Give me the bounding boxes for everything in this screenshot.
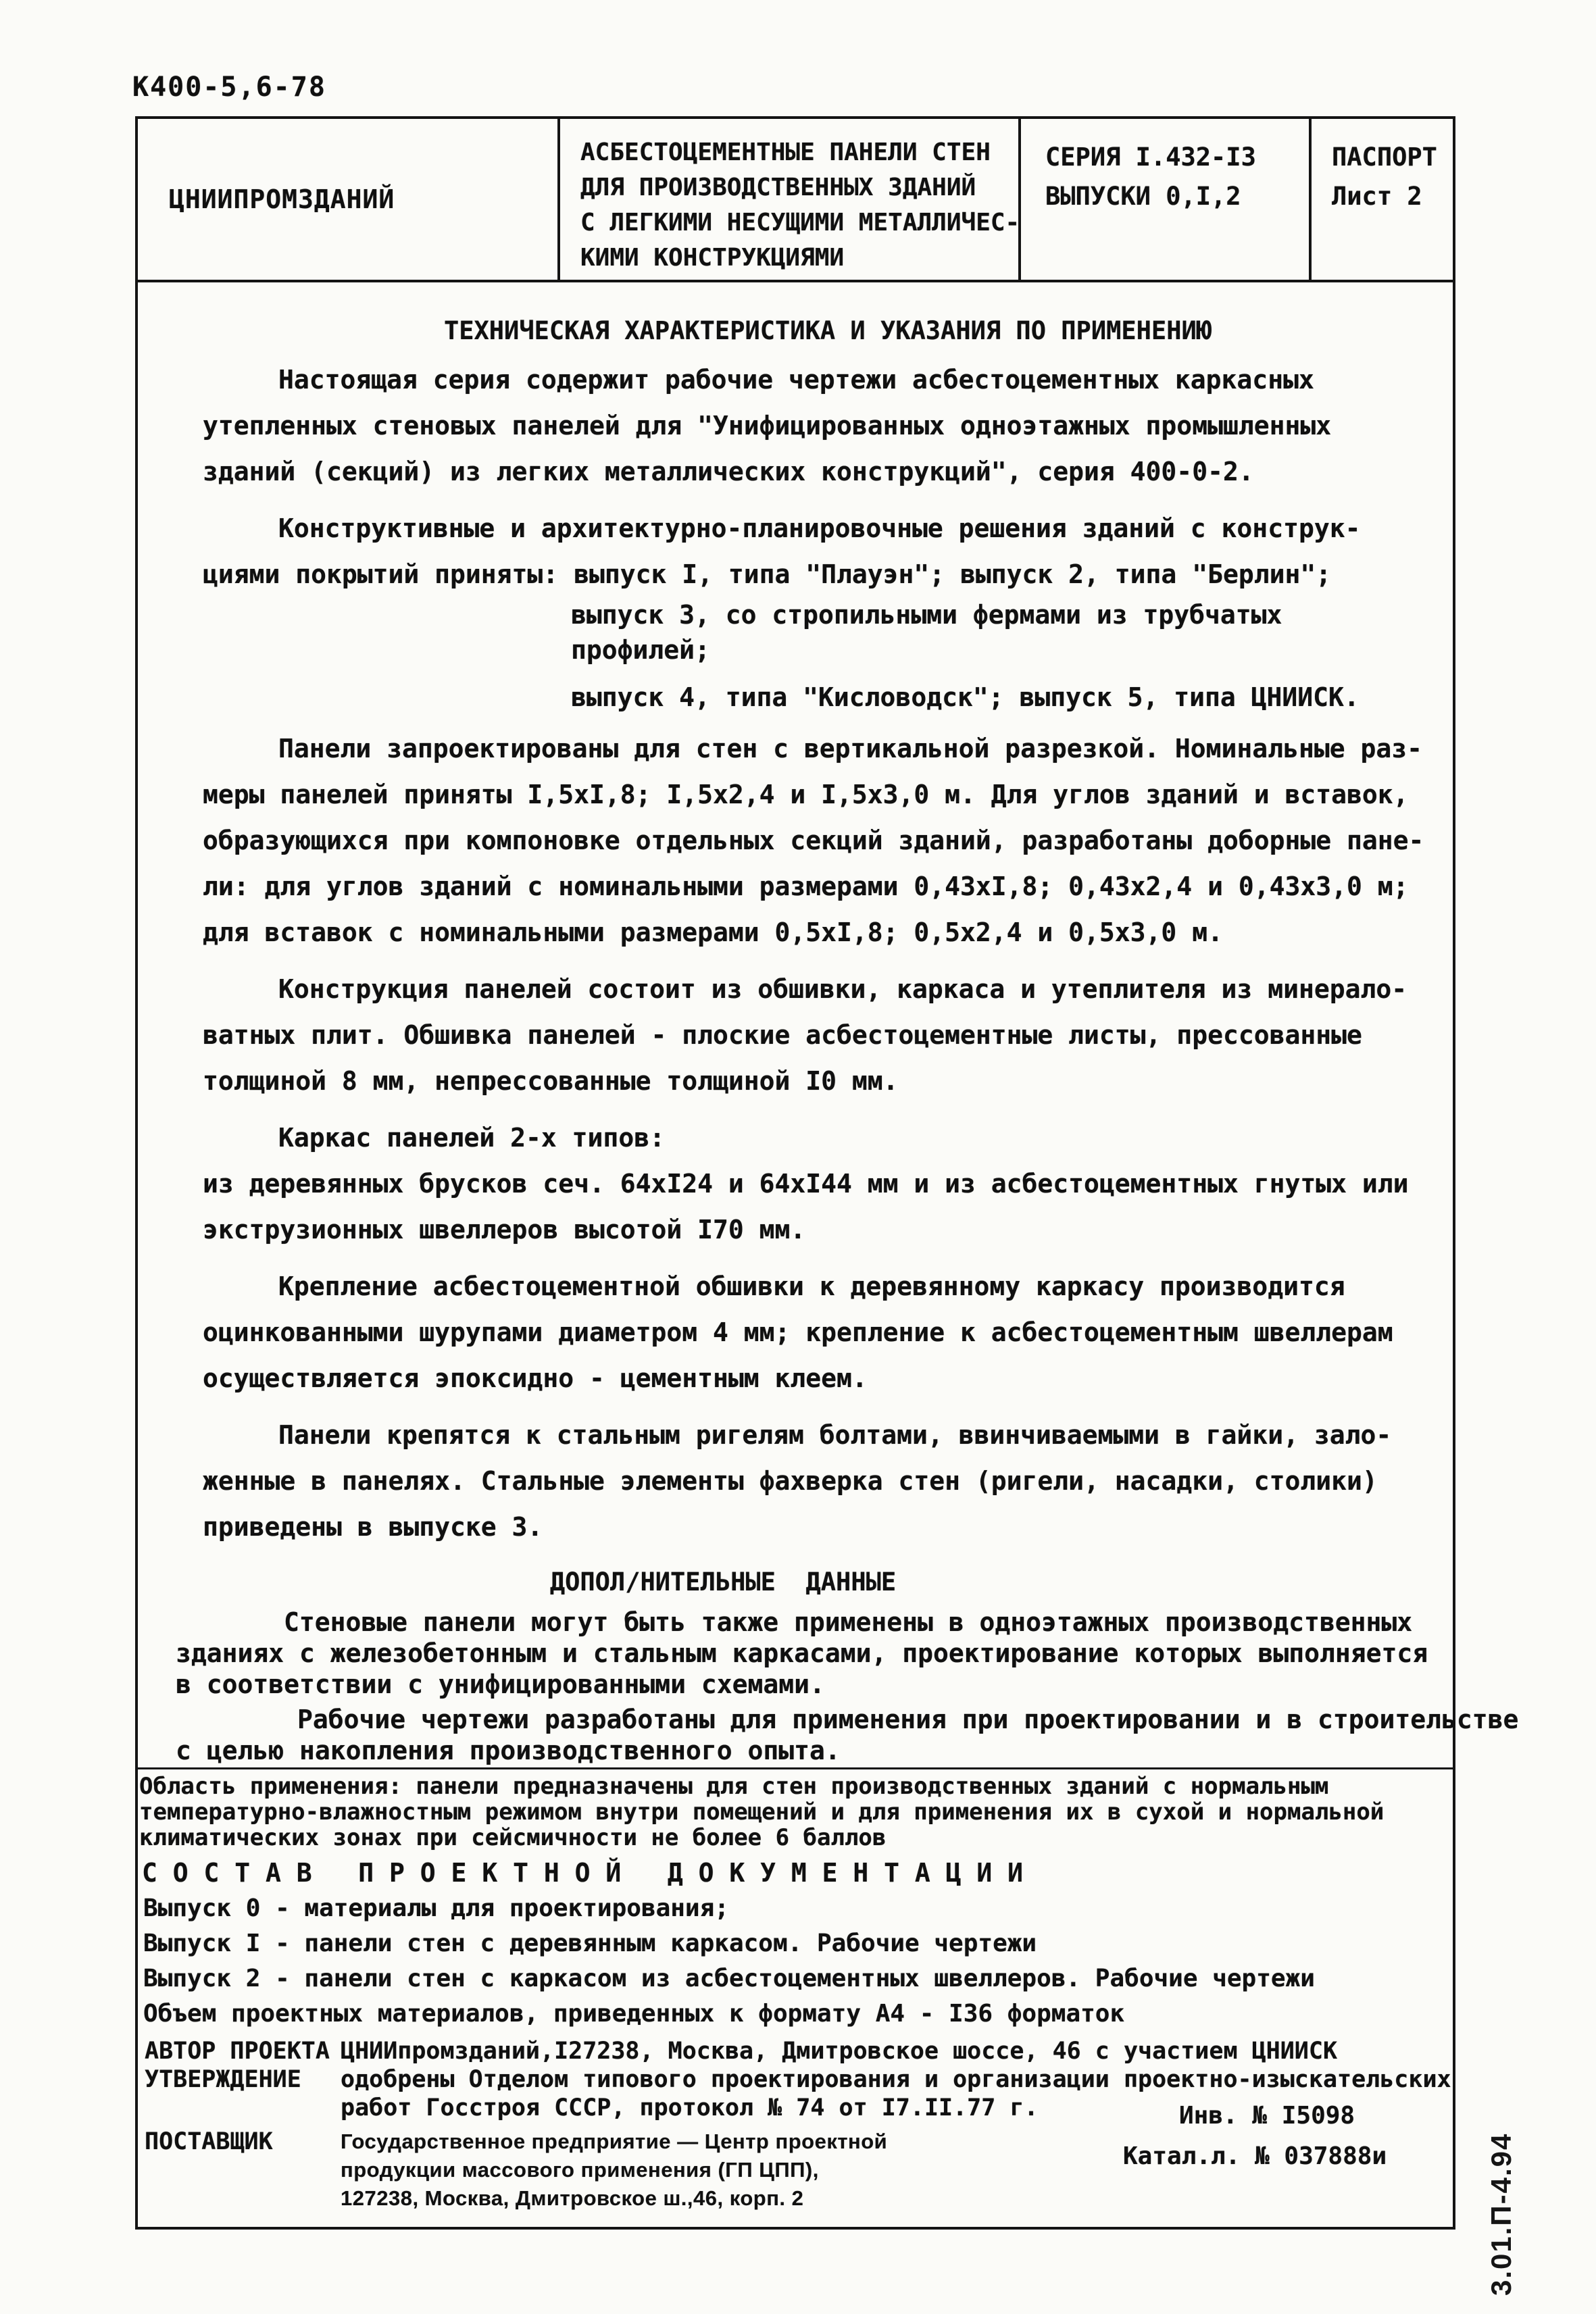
text-line: с целью накопления производственного опы… [176,1735,1453,1766]
scope-line: температурно-влажностным режимом внутри … [135,1799,1455,1825]
composition-item: Выпуск 2 - панели стен с каркасом из асб… [135,1961,1455,1996]
text-line: меры панелей приняты I,5хI,8; I,5х2,4 и … [203,772,1453,818]
paragraph: Стеновые панели могут быть также примене… [176,1607,1453,1700]
doc-type: ПАСПОРТ [1332,138,1453,177]
paragraph: Крепление асбестоцементной обшивки к дер… [203,1263,1453,1401]
text-line: Крепление асбестоцементной обшивки к дер… [203,1263,1453,1309]
application-scope: Область применения: панели предназначены… [135,1774,1455,1851]
composition-item: Выпуск I - панели стен с деревянным карк… [135,1926,1455,1961]
product-title-line: КИМИ КОНСТРУКЦИЯМИ [580,241,1018,276]
text-line: зданиях с железобетонным и стальным карк… [176,1638,1453,1669]
inventory-number: Инв. № I5098 [1179,2102,1355,2130]
text-line: в соответствии с унифицированными схемам… [176,1669,1453,1700]
composition-list: Выпуск 0 - материалы для проектирования;… [135,1891,1455,2032]
author-row: АВТОР ПРОЕКТА ЦНИИпромзданий,I27238, Мос… [135,2037,1455,2065]
text-line: ли: для углов зданий с номинальными разм… [203,863,1453,909]
supplier-line: Государственное предприятие — Центр прое… [341,2128,887,2156]
document-code: К400-5,6-78 [132,72,326,103]
sheet-number: Лист 2 [1332,177,1453,216]
text-line: выпуск 3, со стропильными фермами из тру… [203,597,1453,632]
text-line: образующихся при компоновке отдельных се… [203,818,1453,863]
paragraph: Конструктивные и архитектурно-планировоч… [203,505,1453,715]
series-number: СЕРИЯ I.432-I3 [1045,138,1309,177]
text-line: профилей; [203,632,1453,668]
additional-paragraphs: Стеновые панели могут быть также примене… [203,1607,1453,1766]
supplier-value: Государственное предприятие — Центр прое… [341,2128,887,2213]
org-cell: ЦНИИПРОМЗДАНИЙ [138,119,560,280]
supplier-label: ПОСТАВЩИК [135,2128,341,2213]
text-line: утепленных стеновых панелей для "Унифици… [203,403,1453,449]
paragraph: Панели крепятся к стальным ригелям болта… [203,1412,1453,1550]
paragraph: Конструкция панелей состоит из обшивки, … [203,966,1453,1104]
text-line: Стеновые панели могут быть также примене… [176,1607,1453,1638]
section-heading-additional: ДОПОЛ/НИТЕЛЬНЫЕ ДАННЫЕ [203,1567,1243,1597]
text-line: Конструкция панелей состоит из обшивки, … [203,966,1453,1012]
text-line: для вставок с номинальными размерами 0,5… [203,909,1453,955]
text-line: из деревянных брусков сеч. 64хI24 и 64хI… [203,1161,1453,1207]
composition-item: Объем проектных материалов, приведенных … [135,1996,1455,2032]
author-value: ЦНИИпромзданий,I27238, Москва, Дмитровск… [341,2037,1337,2065]
author-label: АВТОР ПРОЕКТА [135,2037,341,2065]
composition-item: Выпуск 0 - материалы для проектирования; [135,1891,1455,1926]
passport-cell: ПАСПОРТ Лист 2 [1312,119,1453,280]
text-line: Панели крепятся к стальным ригелям болта… [203,1412,1453,1458]
org-name: ЦНИИПРОМЗДАНИЙ [169,184,395,214]
product-title-line: С ЛЕГКИМИ НЕСУЩИМИ МЕТАЛЛИЧЕС- [580,205,1018,241]
paragraph: Настоящая серия содержит рабочие чертежи… [203,357,1453,495]
text-line: Рабочие чертежи разработаны для применен… [176,1704,1453,1735]
product-title-line: АСБЕСТОЦЕМЕНТНЫЕ ПАНЕЛИ СТЕН [580,135,1018,170]
text-line: зданий (секций) из легких металлических … [203,449,1453,495]
supplier-line: продукции массового применения (ГП ЦПП), [341,2156,887,2184]
paragraph: Каркас панелей 2-х типов: из деревянных … [203,1115,1453,1253]
text-line: Каркас панелей 2-х типов: [203,1115,1453,1161]
paragraph: Рабочие чертежи разработаны для применен… [176,1704,1453,1766]
supplier-row: ПОСТАВЩИК Государственное предприятие — … [135,2128,1455,2213]
approval-label: УТВЕРЖДЕНИЕ [135,2065,341,2122]
text-line: осуществляется эпоксидно - цементным кле… [203,1355,1453,1401]
text-line: Настоящая серия содержит рабочие чертежи… [203,357,1453,403]
series-cell: СЕРИЯ I.432-I3 ВЫПУСКИ 0,I,2 [1021,119,1312,280]
approval-line: одобрены Отделом типового проектирования… [341,2065,1451,2094]
text-line: выпуск 4, типа "Кисловодск"; выпуск 5, т… [203,680,1453,715]
scope-line: климатических зонах при сейсмичности не … [135,1825,1455,1851]
text-line: Конструктивные и архитектурно-планировоч… [203,505,1453,551]
supplier-line: 127238, Москва, Дмитровское ш.,46, корп.… [341,2184,887,2213]
product-title-cell: АСБЕСТОЦЕМЕНТНЫЕ ПАНЕЛИ СТЕНДЛЯ ПРОИЗВОД… [560,119,1021,280]
text-line: толщиной 8 мм, непрессованные толщиной I… [203,1058,1453,1104]
product-title-line: ДЛЯ ПРОИЗВОДСТВЕННЫХ ЗДАНИЙ [580,170,1018,205]
main-paragraphs: Настоящая серия содержит рабочие чертежи… [203,357,1453,1550]
text-line: оцинкованными шурупами диаметром 4 мм; к… [203,1309,1453,1355]
scope-line: Область применения: панели предназначены… [135,1774,1455,1799]
text-line: приведены в выпуске 3. [203,1504,1453,1550]
section-heading-technical: ТЕХНИЧЕСКАЯ ХАРАКТЕРИСТИКА И УКАЗАНИЯ ПО… [203,316,1453,346]
composition-heading: С О С Т А В П Р О Е К Т Н О Й Д О К У М … [142,1859,1455,1887]
title-block: ЦНИИПРОМЗДАНИЙ АСБЕСТОЦЕМЕНТНЫЕ ПАНЕЛИ С… [138,119,1453,282]
lower-table: Область применения: панели предназначены… [135,1767,1455,2213]
catalog-number: Катал.л. № 037888и [1123,2142,1387,2170]
issues-list: ВЫПУСКИ 0,I,2 [1045,177,1309,216]
scanned-document-page: К400-5,6-78 ЦНИИПРОМЗДАНИЙ АСБЕСТОЦЕМЕНТ… [0,0,1596,2314]
side-code-vertical: 3.01.П-4.94 [1485,2046,1518,2296]
document-body: ТЕХНИЧЕСКАЯ ХАРАКТЕРИСТИКА И УКАЗАНИЯ ПО… [138,316,1453,1766]
text-line: Панели запроектированы для стен с вертик… [203,726,1453,772]
text-line: ватных плит. Обшивка панелей - плоские а… [203,1012,1453,1058]
text-line: женные в панелях. Стальные элементы фахв… [203,1458,1453,1504]
paragraph: Панели запроектированы для стен с вертик… [203,726,1453,955]
text-line: экструзионных швеллеров высотой I70 мм. [203,1207,1453,1253]
text-line: циями покрытий приняты: выпуск I, типа "… [203,551,1453,597]
